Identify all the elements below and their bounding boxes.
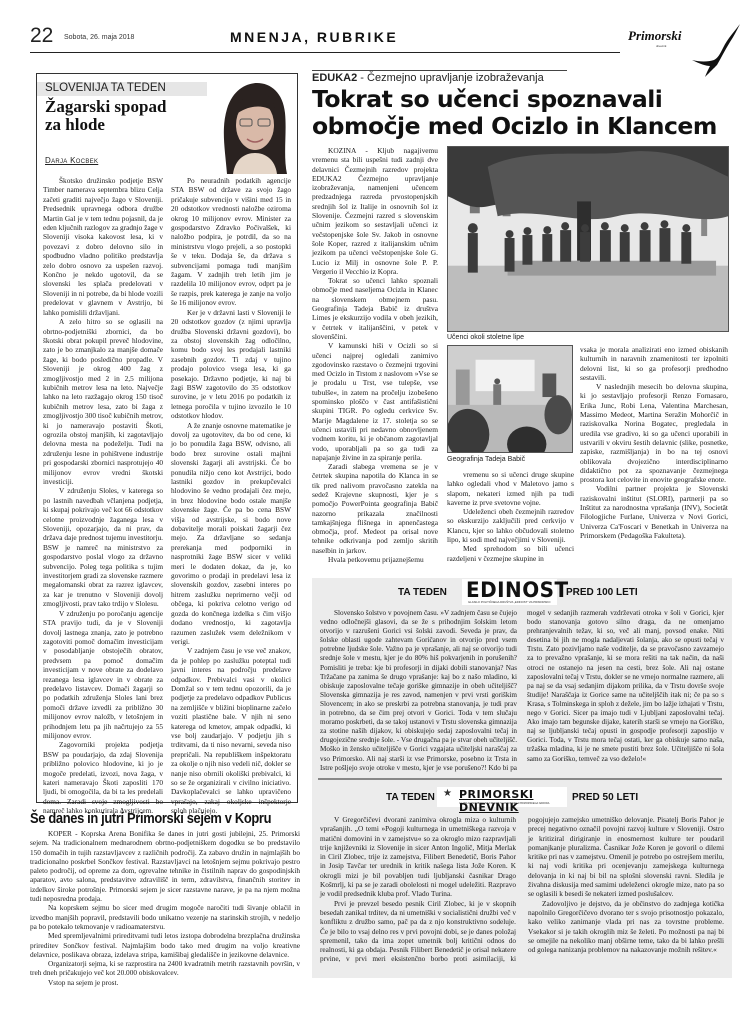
masthead-rule <box>30 52 620 53</box>
paragraph: Ker je v državni lasti v Sloveniji le 20… <box>171 308 291 421</box>
column-body: Škotsko družinsko podjetje BSW Timber na… <box>43 176 291 816</box>
edinost-label-right: PRED 100 LETI <box>566 587 638 598</box>
paragraph: Škotsko družinsko podjetje BSW Timber na… <box>43 176 163 317</box>
kicker-rest: - Čezmejno upravljanje izobraževanja <box>357 72 543 84</box>
edinost-logo-sub: GLASILO POLITIČNEGA DRUŠTVA „EDINOST" ZA… <box>468 600 550 604</box>
paragraph: Slovensko šolstvo v povojnem času. »V za… <box>320 609 724 773</box>
dnevnik-text: V Gregorčičevi dvorani zanimiva okrogla … <box>320 815 724 964</box>
column-title: Žagarski spopad za hlode <box>45 98 185 134</box>
newspaper-logo: Primorski <box>628 28 681 44</box>
photo-caption: Učenci okoli stoletne lipe <box>447 334 524 341</box>
section-title: MNENJA, RUBRIKE <box>230 29 398 45</box>
article-headline: Tokrat so učenci spoznavali območje med … <box>312 86 732 140</box>
paragraph: Organizatorji sejma, ki se razprostira n… <box>30 959 300 978</box>
fair-article-headline: Še danes in jutri Primorski sejem v Kopr… <box>30 810 271 827</box>
history-box-divider <box>318 778 722 780</box>
students-under-linden-photo <box>447 146 729 332</box>
primorski-dnevnik-logo-text: PRIMORSKI DNEVNIK <box>459 788 567 814</box>
paragraph: Na koprskem sejmu bo sicer med drugim mo… <box>30 903 300 931</box>
edinost-logo-text: EDINOST <box>466 578 569 602</box>
page-number: 22 <box>30 24 53 48</box>
column-author: Darja Kocbek <box>45 156 98 165</box>
article-top-rule <box>312 70 567 71</box>
paragraph: vremenu so si učenci druge skupine lahko… <box>447 470 574 507</box>
paragraph: Zagovorniki projekta podjetja BSW pa pou… <box>43 740 163 815</box>
paragraph: V združenju Sloles, v katerega so po las… <box>43 486 163 608</box>
dnevnik-label-right: PRED 50 LETI <box>572 792 638 803</box>
dnevnik-label-left: TA TEDEN <box>386 792 435 803</box>
paragraph: Vodilni partner projekta je Slovenski ra… <box>580 484 728 540</box>
article-column-3: vsaka je morala analizirati eno izmed ob… <box>580 345 728 540</box>
article-kicker: EDUKA2 - Čezmejno upravljanje izobraževa… <box>312 72 544 84</box>
paragraph: V zadnjem času je vse več znakov, da je … <box>171 646 291 815</box>
paragraph: KOZINA - Kljub nagajivemu vremenu sta bi… <box>312 146 438 276</box>
paragraph: Med spremljevalnimi prireditvami tudi le… <box>30 931 300 959</box>
paragraph: Zadovoljivo je dejstvo, da je občinstvo … <box>528 899 724 955</box>
paragraph: Med sprehodom so bili učenci razdeljeni … <box>447 544 574 563</box>
star-emblem-icon: ★ <box>443 788 452 799</box>
kicker-bold: EDUKA2 <box>312 72 357 84</box>
paragraph: Po neuradnih podatkih agencije STA BSW o… <box>171 176 291 308</box>
photo-caption: Geografinja Tadeja Babič <box>447 456 525 463</box>
author-portrait <box>207 79 297 174</box>
article-column-2: vremenu so si učenci druge skupine lahko… <box>447 470 574 563</box>
column-kicker: SLOVENIJA TA TEDEN <box>45 82 166 94</box>
page-masthead: 22 Sobota, 26. maja 2018 MNENJA, RUBRIKE… <box>30 20 690 54</box>
primorski-dnevnik-logo-sub: GLASILO OSVOBODILNE FRONTE SLOVENSKEGA P… <box>459 802 549 805</box>
article-column-1: KOZINA - Kljub nagajivemu vremenu sta bi… <box>312 146 438 564</box>
edinost-label-left: TA TEDEN <box>398 587 447 598</box>
geographer-presentation-photo <box>447 345 573 453</box>
paragraph: V naslednjih mesecih bo delovna skupina,… <box>580 382 728 484</box>
paragraph: V kamunski hiši v Ocizli so si učenci na… <box>312 341 438 462</box>
issue-date: Sobota, 26. maja 2018 <box>64 34 134 41</box>
edinost-text: Slovensko šolstvo v povojnem času. »V za… <box>320 609 724 773</box>
edinost-logo: EDINOST GLASILO POLITIČNEGA DRUŠTVA „EDI… <box>462 579 557 605</box>
paragraph: A zelo hitro so se oglasili na obrtno-po… <box>43 317 163 486</box>
paragraph: Udeleženci obeh čezmejnih razredov so ek… <box>447 507 574 544</box>
paragraph: V Gregorčičevi dvorani zanimiva okrogla … <box>320 815 516 899</box>
paragraph: Vstop na sejem je prost. <box>30 978 300 987</box>
paragraph: Hvala petkovemu prijaznejšemu <box>312 555 438 564</box>
seagull-logo-icon <box>690 22 742 78</box>
paragraph: Tokrat so učenci lahko spoznali območje … <box>312 276 438 341</box>
column-header: SLOVENIJA TA TEDEN Žagarski spopad za hl… <box>37 74 297 174</box>
paragraph: A že znanje osnovne matematike je dovolj… <box>171 421 291 647</box>
paragraph: vsaka je morala analizirati eno izmed ob… <box>580 345 728 382</box>
fair-article-body: KOPER - Koprska Arena Bonifika še danes … <box>30 829 300 987</box>
paragraph: V združenju po poročanju agencije STA pr… <box>43 609 163 741</box>
paragraph: KOPER - Koprska Arena Bonifika še danes … <box>30 829 300 903</box>
primorski-dnevnik-logo: ★ PRIMORSKI DNEVNIK GLASILO OSVOBODILNE … <box>437 787 567 807</box>
newspaper-logo-sub: dnevnik <box>656 44 666 48</box>
opinion-column: SLOVENIJA TA TEDEN Žagarski spopad za hl… <box>36 73 298 803</box>
paragraph: Zaradi slabega vremena se je v četrtek s… <box>312 462 438 555</box>
